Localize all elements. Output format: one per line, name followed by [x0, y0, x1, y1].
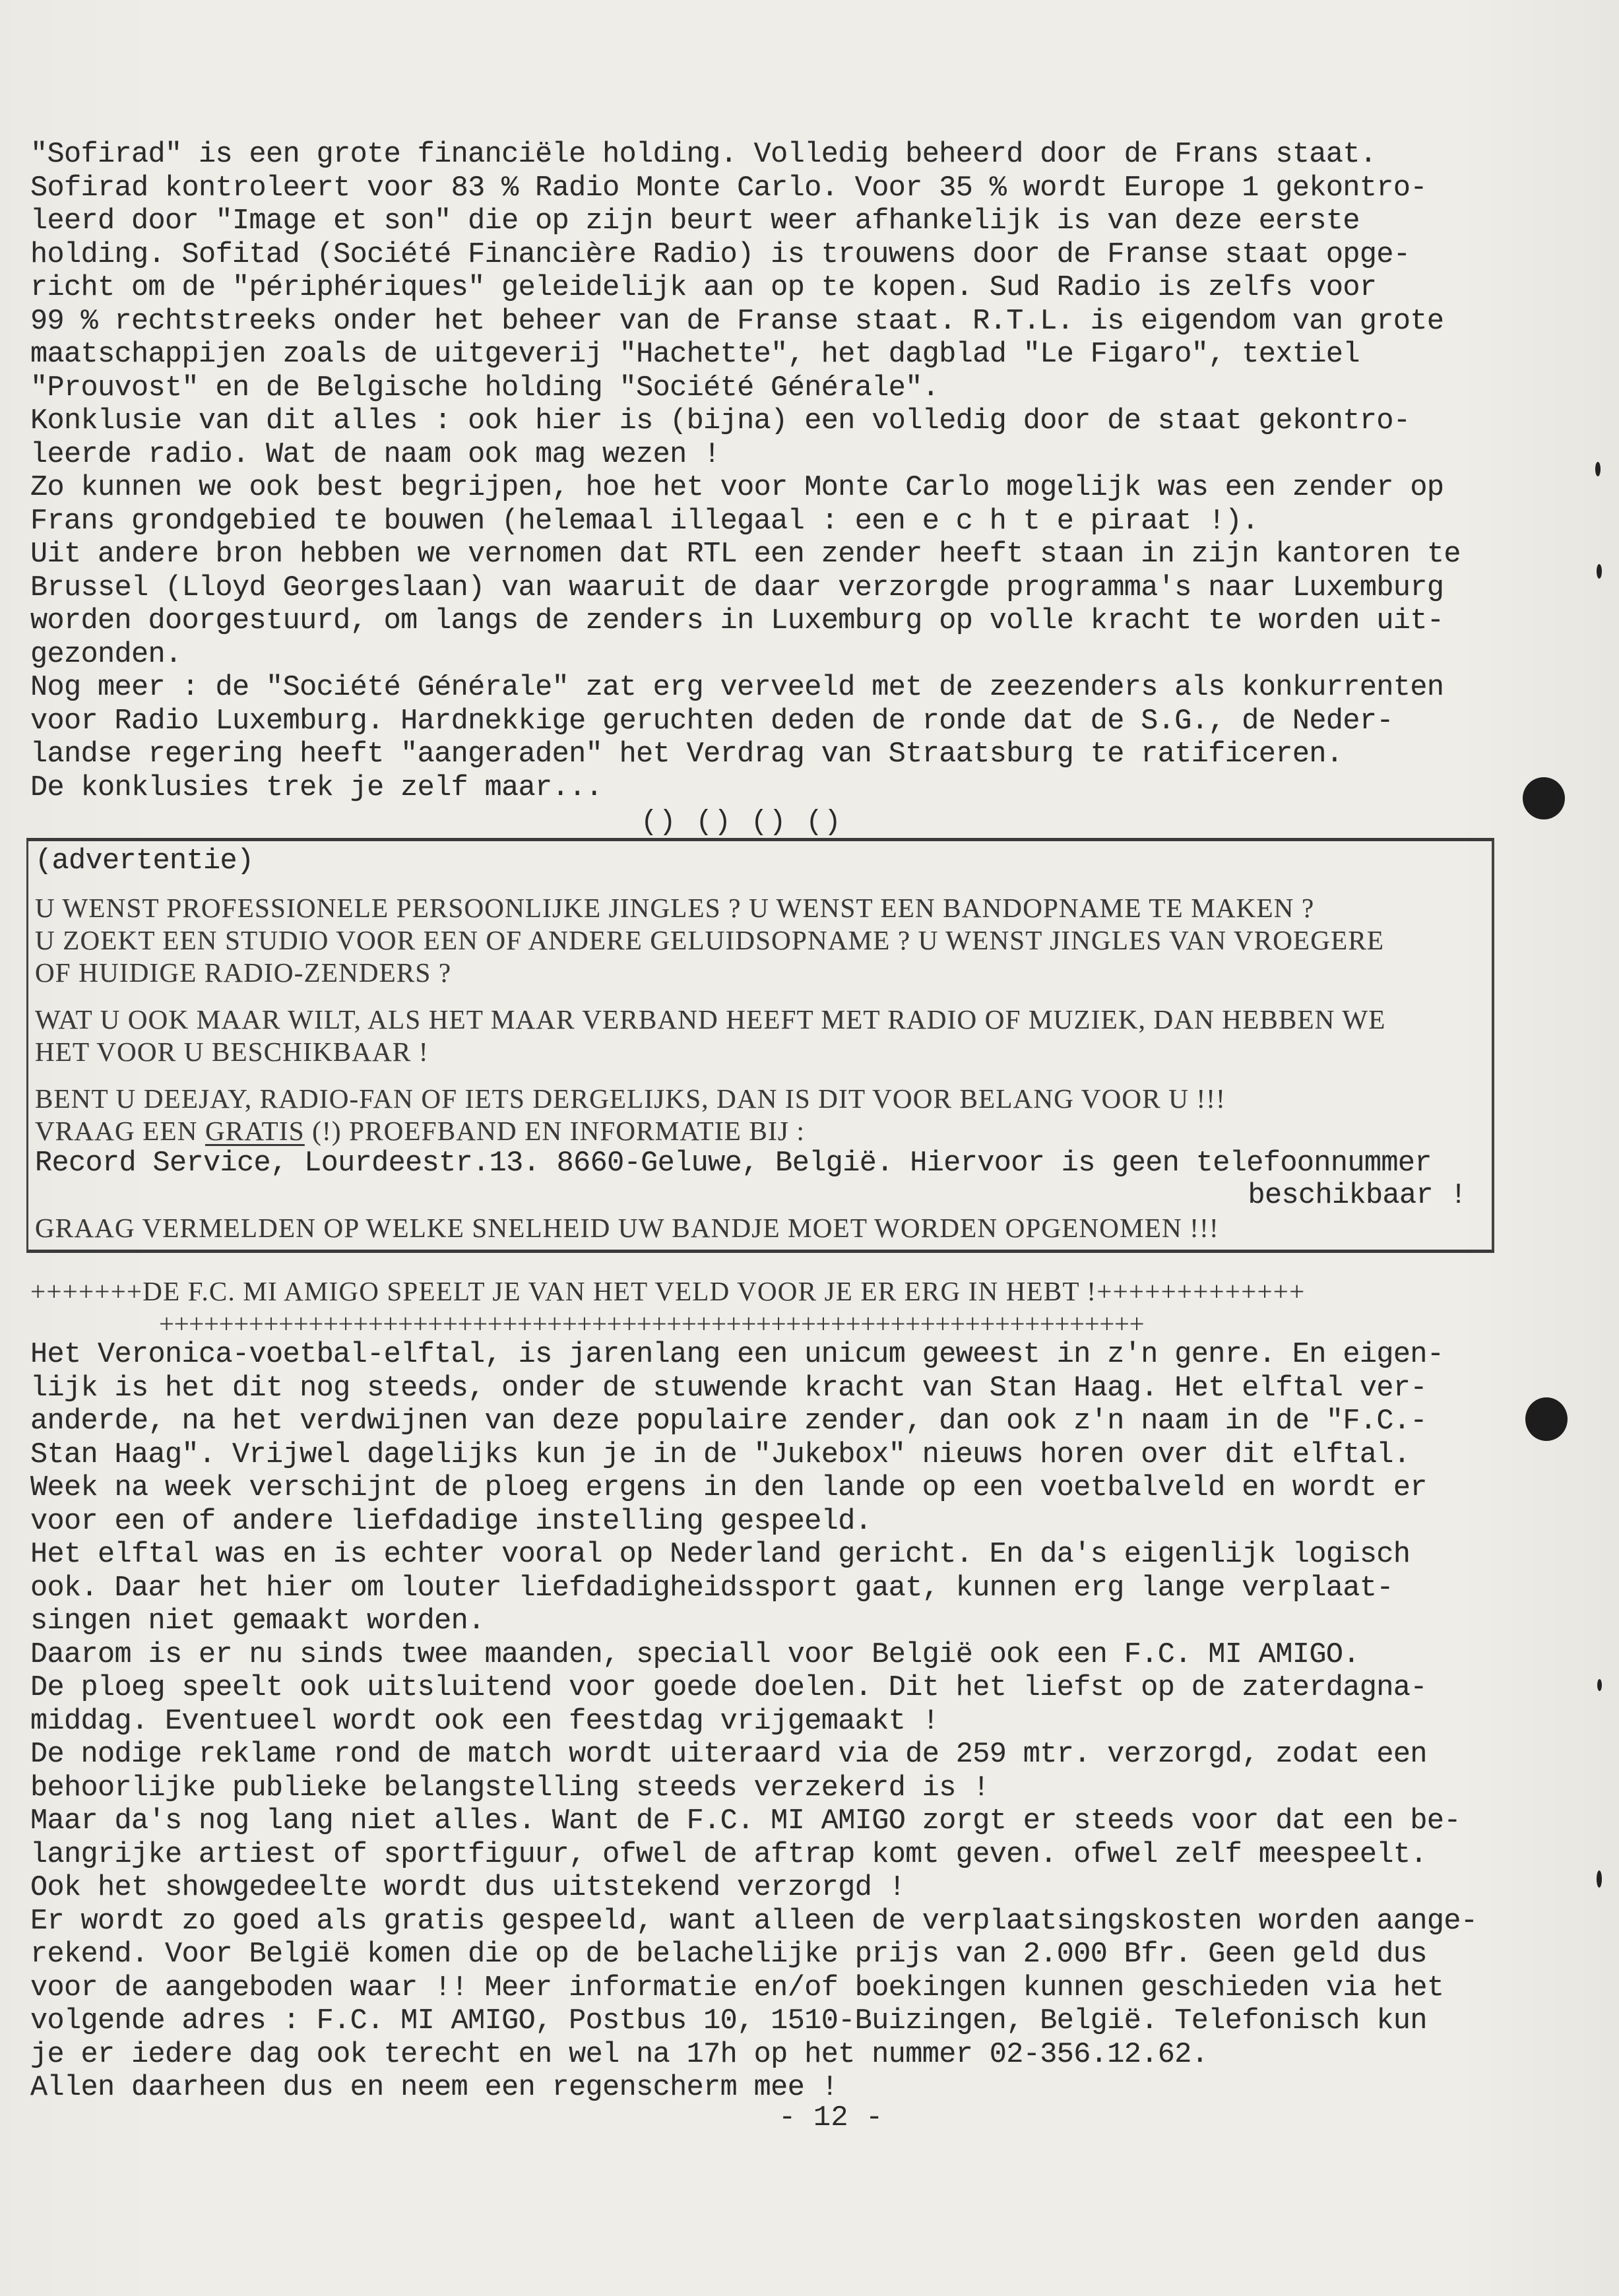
article-line: Uit andere bron hebben we vernomen dat R…: [30, 538, 1548, 572]
article-line: rekend. Voor België komen die op de bela…: [30, 1938, 1548, 1972]
article-line: ook. Daar het hier om louter liefdadighe…: [30, 1572, 1548, 1606]
ad-address-line: Record Service, Lourdeestr.13. 8660-Gelu…: [35, 1147, 1492, 1180]
article-line: middag. Eventueel wordt ook een feestdag…: [30, 1706, 1548, 1739]
article-line: landse regering heeft "aangeraden" het V…: [30, 738, 1548, 772]
article-line: Het elftal was en is echter vooral op Ne…: [30, 1539, 1548, 1572]
article-line: worden doorgestuurd, om langs de zenders…: [30, 605, 1548, 639]
headline-underline: ++++++++++++++++++++++++++++++++++++++++…: [30, 1308, 1548, 1339]
article-line: 99 % rechtstreeks onder het beheer van d…: [30, 305, 1548, 339]
article-line: leerde radio. Wat de naam ook mag wezen …: [30, 439, 1548, 472]
article-line: Sofirad kontroleert voor 83 % Radio Mont…: [30, 172, 1548, 206]
article-line: "Prouvost" en de Belgische holding "Soci…: [30, 372, 1548, 406]
article-line: langrijke artiest of sportfiguur, ofwel …: [30, 1839, 1548, 1872]
ad-text: (!) PROEFBAND EN INFORMATIE BIJ :: [305, 1116, 805, 1146]
parenthesis-ornament: () () () (): [641, 806, 842, 838]
ad-address-line: beschikbaar !: [35, 1180, 1492, 1212]
article-line: voor Radio Luxemburg. Hardnekkige geruch…: [30, 705, 1548, 739]
article-line: holding. Sofitad (Société Financière Rad…: [30, 239, 1548, 272]
article-line: singen niet gemaakt worden.: [30, 1605, 1548, 1639]
ad-text: VRAAG EEN: [35, 1116, 205, 1146]
article-line: Konklusie van dit alles : ook hier is (b…: [30, 405, 1548, 439]
article-line: Daarom is er nu sinds twee maanden, spec…: [30, 1639, 1548, 1673]
ad-line: WAT U OOK MAAR WILT, ALS HET MAAR VERBAN…: [35, 1004, 1492, 1036]
gratis-emphasis: GRATIS: [205, 1116, 305, 1146]
article-line: lijk is het dit nog steeds, onder de stu…: [30, 1372, 1548, 1406]
ink-speck: [1597, 1679, 1602, 1691]
page-number-text: - 12 -: [778, 2101, 883, 2134]
article-line: volgende adres : F.C. MI AMIGO, Postbus …: [30, 2005, 1548, 2039]
article-line: je er iedere dag ook terecht en wel na 1…: [30, 2039, 1548, 2072]
article-mi-amigo: +++++++DE F.C. MI AMIGO SPEELT JE VAN HE…: [30, 1274, 1548, 2105]
section-separator: () () () (): [30, 805, 1548, 838]
article-line: voor de aangeboden waar !! Meer informat…: [30, 1972, 1548, 2006]
article-line: De nodige reklame rond de match wordt ui…: [30, 1738, 1548, 1772]
ink-speck: [1595, 462, 1601, 476]
article-line: maatschappijen zoals de uitgeverij "Hach…: [30, 338, 1548, 372]
article-line: De konklusies trek je zelf maar...: [30, 772, 1548, 806]
ink-speck: [1597, 564, 1602, 579]
article-line: De ploeg speelt ook uitsluitend voor goe…: [30, 1672, 1548, 1706]
ad-line: U ZOEKT EEN STUDIO VOOR EEN OF ANDERE GE…: [35, 924, 1492, 957]
advertisement-box: (advertentie) U WENST PROFESSIONELE PERS…: [26, 838, 1494, 1253]
article-line: leerd door "Image et son" die op zijn be…: [30, 205, 1548, 239]
article-line: Stan Haag". Vrijwel dagelijks kun je in …: [30, 1439, 1548, 1473]
ad-line: U WENST PROFESSIONELE PERSOONLIJKE JINGL…: [35, 892, 1492, 924]
article-line: richt om de "périphériques" geleidelijk …: [30, 272, 1548, 305]
ad-line: BENT U DEEJAY, RADIO-FAN OF IETS DERGELI…: [35, 1083, 1492, 1115]
article-line: Zo kunnen we ook best begrijpen, hoe het…: [30, 472, 1548, 505]
article-line: Week na week verschijnt de ploeg ergens …: [30, 1472, 1548, 1506]
article-line: Er wordt zo goed als gratis gespeeld, wa…: [30, 1905, 1548, 1939]
article-line: gezonden.: [30, 639, 1548, 672]
typed-page: "Sofirad" is een grote financiële holdin…: [30, 139, 1548, 2105]
article-line: voor een of andere liefdadige instelling…: [30, 1506, 1548, 1539]
article-line: Het Veronica-voetbal-elftal, is jarenlan…: [30, 1339, 1548, 1372]
page-number: - 12 -: [0, 2101, 1619, 2134]
article-line: behoorlijke publieke belangstelling stee…: [30, 1772, 1548, 1806]
ad-line: VRAAG EEN GRATIS (!) PROEFBAND EN INFORM…: [35, 1115, 1492, 1147]
article-line: "Sofirad" is een grote financiële holdin…: [30, 139, 1548, 172]
article-line: Nog meer : de "Société Générale" zat erg…: [30, 672, 1548, 705]
ad-line: HET VOOR U BESCHIKBAAR !: [35, 1036, 1492, 1068]
article-line: anderde, na het verdwijnen van deze popu…: [30, 1405, 1548, 1439]
ad-closing-line: GRAAG VERMELDEN OP WELKE SNELHEID UW BAN…: [35, 1212, 1492, 1244]
article-line: Allen daarheen dus en neem een regensche…: [30, 2072, 1548, 2105]
article-line: Brussel (Lloyd Georgeslaan) van waaruit …: [30, 572, 1548, 606]
advertisement-label: (advertentie): [35, 845, 1492, 877]
article-headline: +++++++DE F.C. MI AMIGO SPEELT JE VAN HE…: [30, 1274, 1548, 1308]
article-line: Ook het showgedeelte wordt dus uitsteken…: [30, 1872, 1548, 1905]
article-line: Maar da's nog lang niet alles. Want de F…: [30, 1805, 1548, 1839]
ad-line: OF HUIDIGE RADIO-ZENDERS ?: [35, 957, 1492, 989]
ink-speck: [1597, 1870, 1602, 1888]
article-radio-ownership: "Sofirad" is een grote financiële holdin…: [30, 139, 1548, 805]
article-line: Frans grondgebied te bouwen (helemaal il…: [30, 505, 1548, 539]
